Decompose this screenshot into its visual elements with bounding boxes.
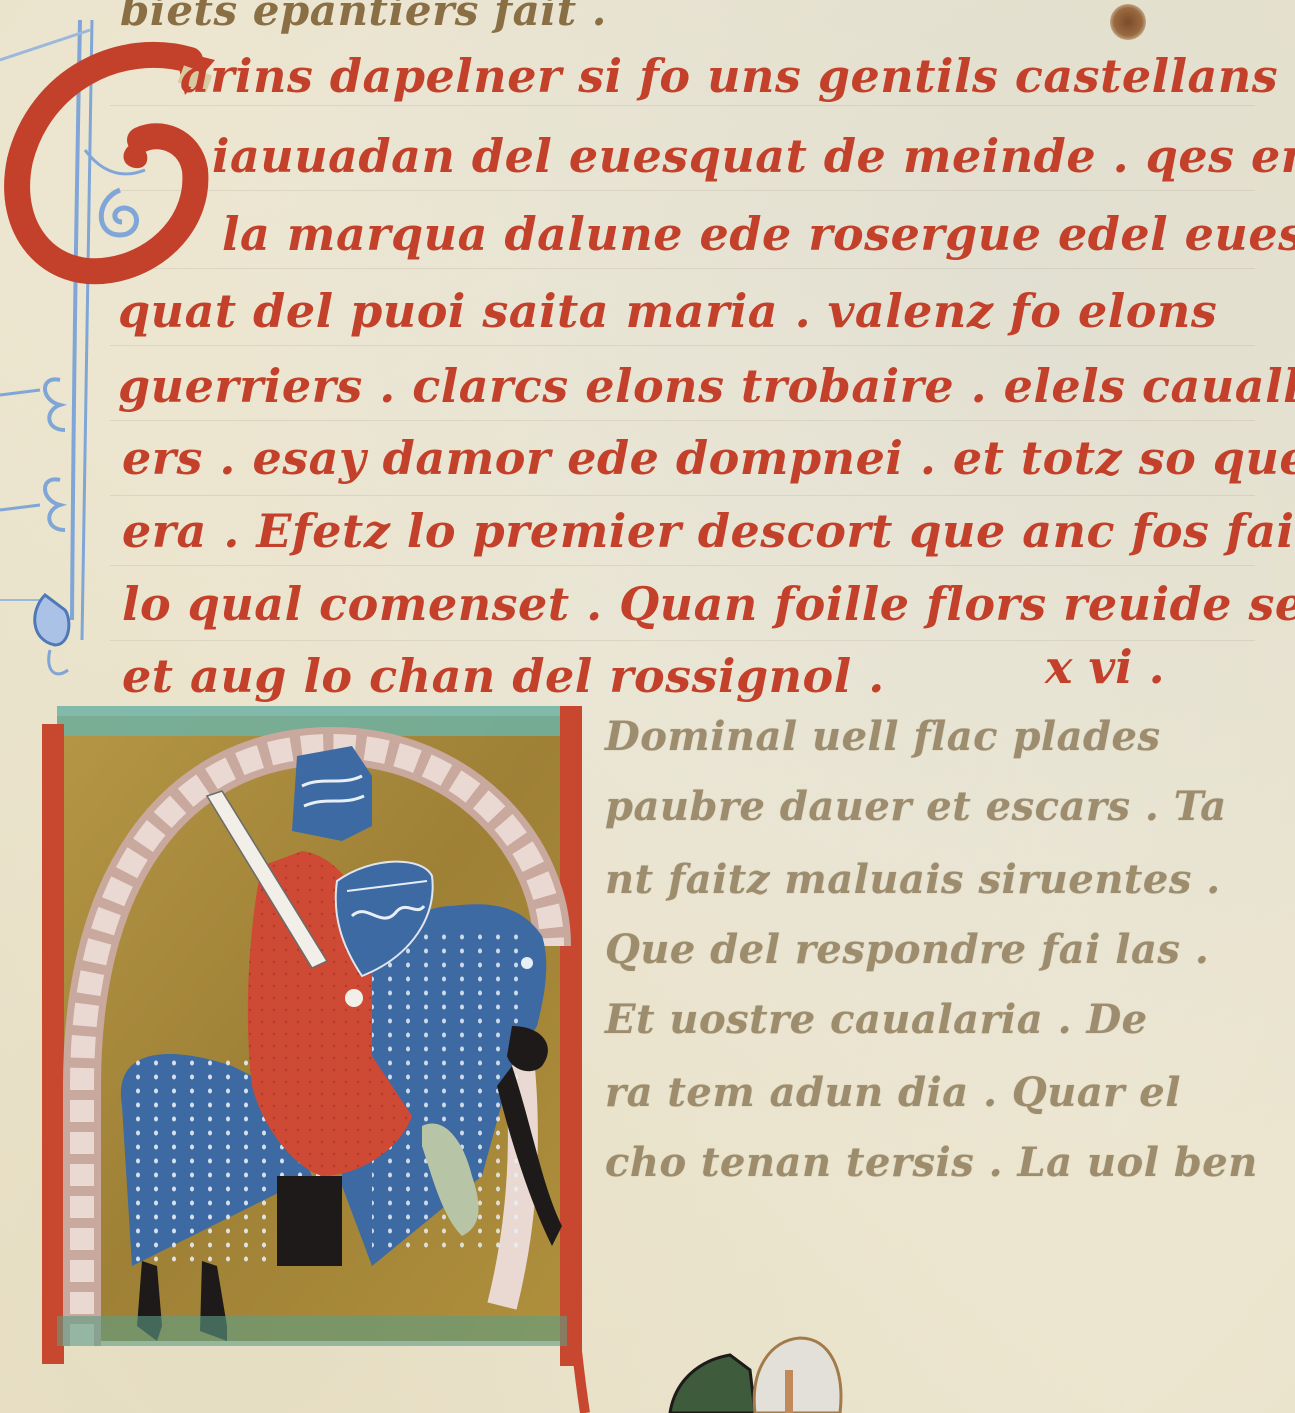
ruling-line (110, 420, 1255, 421)
ruling-line (110, 345, 1255, 346)
poem-line-5: Et uostre caualaria . De (605, 995, 1148, 1045)
rubric-line-2: iauuadan del euesquat de meinde . qes en (212, 130, 1295, 182)
ruling-line (110, 565, 1255, 566)
partial-figure-with-shield (660, 1330, 860, 1413)
rubric-line-7: era . Efetz lo premier descort que anc f… (122, 505, 1295, 557)
poem-line-1: Dominal uell flac plades (605, 712, 1160, 762)
rubric-line-6: ers . esay damor ede dompnei . et totz s… (122, 432, 1295, 484)
manuscript-page: biets epantiers fait . arins dapelner si… (0, 0, 1295, 1413)
rubric-line-5: guerriers . clarcs elons trobaire . elel… (118, 360, 1295, 412)
ruling-line (110, 105, 1255, 106)
rubric-line-4: quat del puoi saita maria . valenz fo el… (118, 285, 1217, 337)
poem-line-3: nt faitz maluais siruentes . (605, 855, 1221, 905)
ruling-line (110, 268, 1255, 269)
ruling-line (110, 495, 1255, 496)
poem-line-2: paubre dauer et escars . Ta (605, 782, 1227, 832)
section-numeral: x vi . (1045, 640, 1165, 694)
poem-line-6: ra tem adun dia . Quar el (605, 1068, 1181, 1118)
rubric-line-9: et aug lo chan del rossignol . (122, 650, 885, 702)
rubric-line-3: la marqua dalune ede rosergue edel eues (222, 208, 1295, 260)
poem-line-4: Que del respondre fai las . (605, 925, 1209, 975)
rubric-line-8: lo qual comenset . Quan foille flors reu… (122, 578, 1295, 630)
frame-red-tail (560, 1180, 590, 1413)
rubric-line-1: arins dapelner si fo uns gentils castell… (180, 50, 1295, 102)
knight-miniature-illumination (42, 706, 590, 1366)
ink-stain (1110, 4, 1146, 40)
ruling-line (110, 190, 1255, 191)
poem-line-7: cho tenan tersis . La uol ben (605, 1138, 1258, 1188)
